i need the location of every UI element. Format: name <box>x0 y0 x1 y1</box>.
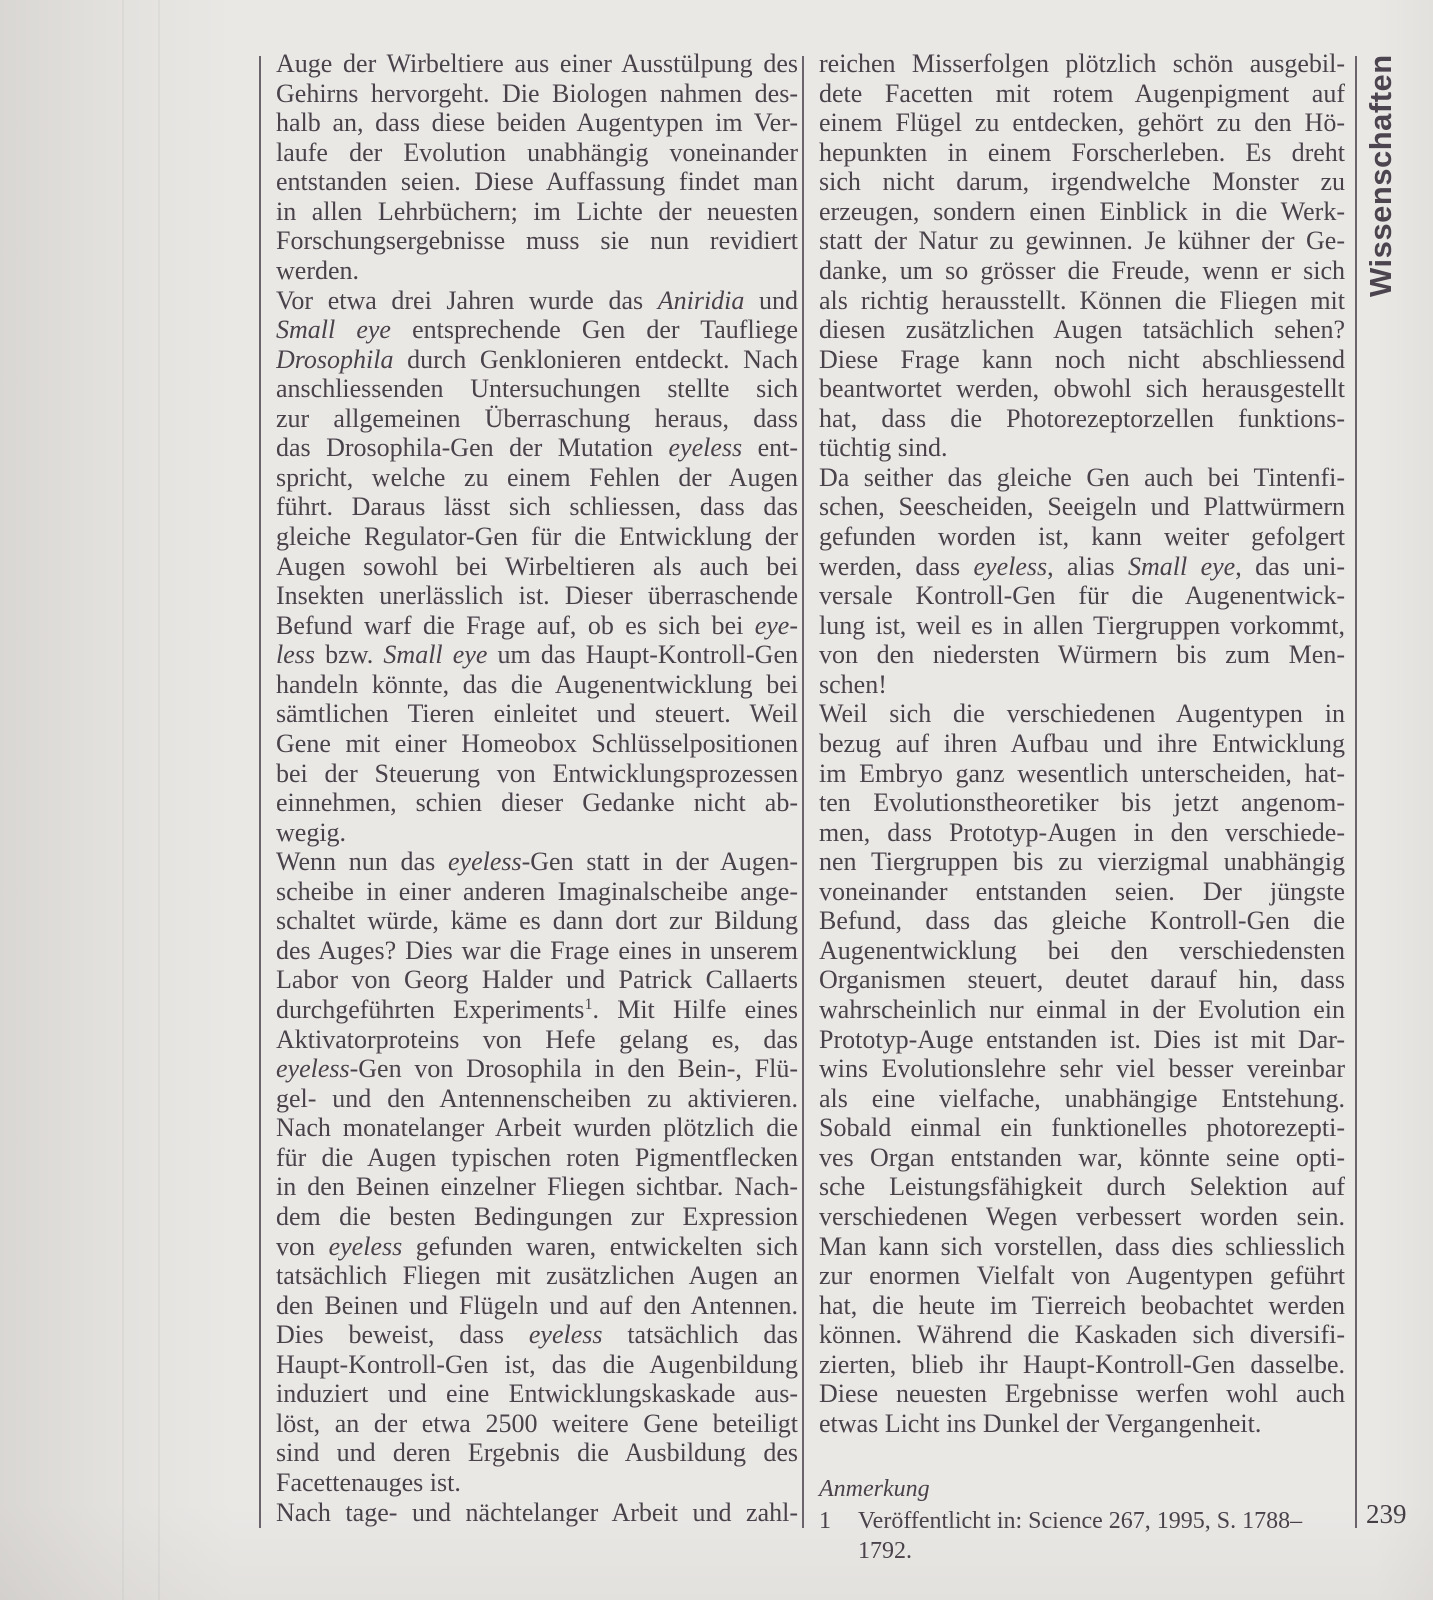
text-line: Haupt-Kontroll-Gen ist, das die Augenbil… <box>276 1350 798 1380</box>
text-line: in den Beinen einzelner Fliegen sichtbar… <box>276 1172 798 1202</box>
text-line: etwas Licht ins Dunkel der Vergangenheit… <box>819 1409 1345 1439</box>
text-line: scheibe in einer anderen Imaginalscheibe… <box>276 877 798 907</box>
text-line: Sobald einmal ein funktionelles photorez… <box>819 1113 1345 1143</box>
text-line: bezug auf ihren Aufbau und ihre Entwickl… <box>819 729 1345 759</box>
section-label-vertical: Wissenschaften <box>1363 54 1399 297</box>
text-line: sche Leistungsfähigkeit durch Selektion … <box>819 1172 1345 1202</box>
text-line: Weil sich die verschiedenen Augentypen i… <box>819 699 1345 729</box>
text-line: Wenn nun das eyeless-Gen statt in der Au… <box>276 847 798 877</box>
text-line: Forschungsergebnisse muss sie nun revidi… <box>276 226 798 256</box>
text-line: Befund warf die Frage auf, ob es sich be… <box>276 611 798 641</box>
text-line: Auge der Wirbeltiere aus einer Ausstülpu… <box>276 49 798 79</box>
text-line: Gene mit einer Homeobox Schlüsselpositio… <box>276 729 798 759</box>
text-line: dem die besten Bedingungen zur Expressio… <box>276 1202 798 1232</box>
text-line: halb an, dass diese beiden Augentypen im… <box>276 108 798 138</box>
text-line: Augenentwicklung bei den verschiedensten <box>819 936 1345 966</box>
text-line: hepunkten in einem Forscherleben. Es dre… <box>819 138 1345 168</box>
page-number: 239 <box>1366 1499 1407 1530</box>
text-line: als richtig herausstellt. Können die Fli… <box>819 286 1345 316</box>
text-line: statt der Natur zu gewinnen. Je kühner d… <box>819 226 1345 256</box>
text-line: für die Augen typischen roten Pigmentfle… <box>276 1143 798 1173</box>
text-line: im Embryo ganz wesentlich unterscheiden,… <box>819 759 1345 789</box>
text-line: Small eye entsprechende Gen der Tauflieg… <box>276 315 798 345</box>
text-line: anschliessenden Untersuchungen stellte s… <box>276 374 798 404</box>
text-line: das Drosophila-Gen der Mutation eyeless … <box>276 433 798 463</box>
text-line: schen! <box>819 670 1345 700</box>
text-line: tatsächlich Fliegen mit zusätzlichen Aug… <box>276 1261 798 1291</box>
footnote-text: Veröffentlicht in: Science 267, 1995, S.… <box>858 1506 1345 1566</box>
text-line: erzeugen, sondern einen Einblick in die … <box>819 197 1345 227</box>
text-line: Prototyp-Auge entstanden ist. Dies ist m… <box>819 1025 1345 1055</box>
text-line: gel- und den Antennenscheiben zu aktivie… <box>276 1084 798 1114</box>
text-line: Vor etwa drei Jahren wurde das Aniridia … <box>276 286 798 316</box>
text-line: wins Evolutionslehre sehr viel besser ve… <box>819 1054 1345 1084</box>
text-line: zierten, blieb ihr Haupt-Kontroll-Gen da… <box>819 1350 1345 1380</box>
text-line: sämtlichen Tieren einleitet und steuert.… <box>276 699 798 729</box>
text-line: Befund, dass das gleiche Kontroll-Gen di… <box>819 906 1345 936</box>
text-line: danke, um so grösser die Freude, wenn er… <box>819 256 1345 286</box>
text-line: ten Evolutionstheoretiker bis jetzt ange… <box>819 788 1345 818</box>
text-line: wegig. <box>276 818 798 848</box>
left-column: Auge der Wirbeltiere aus einer Ausstülpu… <box>276 49 798 1527</box>
text-line: Nach tage- und nächtelanger Arbeit und z… <box>276 1498 798 1528</box>
text-line: voneinander entstanden seien. Der jüngst… <box>819 877 1345 907</box>
text-line: sich nicht darum, irgendwelche Monster z… <box>819 167 1345 197</box>
text-line: diesen zusätzlichen Augen tatsächlich se… <box>819 315 1345 345</box>
text-line: induziert und eine Entwicklungskaskade a… <box>276 1379 798 1409</box>
footnote-marker: 1 <box>819 1506 858 1566</box>
text-line: eyeless-Gen von Drosophila in den Bein-,… <box>276 1054 798 1084</box>
text-line: entstanden seien. Diese Auffassung finde… <box>276 167 798 197</box>
text-line: handeln könnte, das die Augenentwicklung… <box>276 670 798 700</box>
text-line: lung ist, weil es in allen Tiergruppen v… <box>819 611 1345 641</box>
text-line: Dies beweist, dass eyeless tatsächlich d… <box>276 1320 798 1350</box>
scan-streak <box>122 0 124 1600</box>
text-line: nen Tiergruppen bis zu vierzigmal unabhä… <box>819 847 1345 877</box>
text-line: Aktivatorproteins von Hefe gelang es, da… <box>276 1025 798 1055</box>
magazine-page: Auge der Wirbeltiere aus einer Ausstülpu… <box>0 0 1433 1600</box>
text-line: wahrscheinlich nur einmal in der Evoluti… <box>819 995 1345 1025</box>
text-line: men, dass Prototyp-Augen in den verschie… <box>819 818 1345 848</box>
text-line: schen, Seescheiden, Seeigeln und Plattwü… <box>819 492 1345 522</box>
text-line: sind und deren Ergebnis die Ausbildung d… <box>276 1438 798 1468</box>
text-line: Labor von Georg Halder und Patrick Calla… <box>276 965 798 995</box>
text-line: bei der Steuerung von Entwicklungsprozes… <box>276 759 798 789</box>
text-line: den Beinen und Flügeln und auf den Anten… <box>276 1291 798 1321</box>
text-line: dete Facetten mit rotem Augenpigment auf <box>819 79 1345 109</box>
column-rule-center <box>802 56 804 1528</box>
text-line: Organismen steuert, deutet darauf hin, d… <box>819 965 1345 995</box>
text-line: des Auges? Dies war die Frage eines in u… <box>276 936 798 966</box>
text-line: Augen sowohl bei Wirbeltieren als auch b… <box>276 552 798 582</box>
text-line: können. Während die Kaskaden sich divers… <box>819 1320 1345 1350</box>
text-line: Insekten unerlässlich ist. Dieser überra… <box>276 581 798 611</box>
text-line: beantwortet werden, obwohl sich herausge… <box>819 374 1345 404</box>
scan-streak <box>158 0 160 1600</box>
text-line: schaltet würde, käme es dann dort zur Bi… <box>276 906 798 936</box>
text-line: einnehmen, schien dieser Gedanke nicht a… <box>276 788 798 818</box>
text-line: werden. <box>276 256 798 286</box>
column-rule-left <box>259 56 261 1528</box>
text-line: tüchtig sind. <box>819 433 1345 463</box>
text-line: löst, an der etwa 2500 weitere Gene bete… <box>276 1409 798 1439</box>
text-line: Diese Frage kann noch nicht abschliessen… <box>819 345 1345 375</box>
text-line: gleiche Regulator-Gen für die Entwicklun… <box>276 522 798 552</box>
text-line: von den niedersten Würmern bis zum Men- <box>819 640 1345 670</box>
text-line: Nach monatelanger Arbeit wurden plötzlic… <box>276 1113 798 1143</box>
text-line: laufe der Evolution unabhängig voneinand… <box>276 138 798 168</box>
text-line: durchgeführten Experiments1. Mit Hilfe e… <box>276 995 798 1025</box>
text-line: spricht, welche zu einem Fehlen der Auge… <box>276 463 798 493</box>
text-line: Man kann sich vorstellen, dass dies schl… <box>819 1232 1345 1262</box>
text-line: von eyeless gefunden waren, entwickelten… <box>276 1232 798 1262</box>
footnote-line: 1 Veröffentlicht in: Science 267, 1995, … <box>819 1506 1345 1566</box>
text-line: Drosophila durch Genklonieren entdeckt. … <box>276 345 798 375</box>
text-line: gefunden worden ist, kann weiter gefolge… <box>819 522 1345 552</box>
text-line: Gehirns hervorgeht. Die Biologen nahmen … <box>276 79 798 109</box>
text-line: zur allgemeinen Überraschung heraus, das… <box>276 404 798 434</box>
text-line: werden, dass eyeless, alias Small eye, d… <box>819 552 1345 582</box>
text-line: hat, dass die Photorezeptorzellen funkti… <box>819 404 1345 434</box>
text-line: less bzw. Small eye um das Haupt-Kontrol… <box>276 640 798 670</box>
text-line: ves Organ entstanden war, könnte seine o… <box>819 1143 1345 1173</box>
text-line: zur enormen Vielfalt von Augentypen gefü… <box>819 1261 1345 1291</box>
text-line: reichen Misserfolgen plötzlich schön aus… <box>819 49 1345 79</box>
text-line: als eine vielfache, unabhängige Entstehu… <box>819 1084 1345 1114</box>
text-line: Diese neuesten Ergebnisse werfen wohl au… <box>819 1379 1345 1409</box>
text-line: Da seither das gleiche Gen auch bei Tint… <box>819 463 1345 493</box>
footnote-heading: Anmerkung <box>819 1474 1345 1504</box>
text-line: führt. Daraus lässt sich schliessen, das… <box>276 492 798 522</box>
text-line: einem Flügel zu entdecken, gehört zu den… <box>819 108 1345 138</box>
text-line: hat, die heute im Tierreich beobachtet w… <box>819 1291 1345 1321</box>
column-rule-right <box>1355 56 1357 1528</box>
text-line: Facettenauges ist. <box>276 1468 798 1498</box>
text-line: versale Kontroll-Gen für die Augenentwic… <box>819 581 1345 611</box>
text-line: in allen Lehrbüchern; im Lichte der neue… <box>276 197 798 227</box>
right-column: reichen Misserfolgen plötzlich schön aus… <box>819 49 1345 1438</box>
footnote: Anmerkung 1 Veröffentlicht in: Science 2… <box>819 1474 1345 1566</box>
text-line: verschiedenen Wegen verbessert worden se… <box>819 1202 1345 1232</box>
